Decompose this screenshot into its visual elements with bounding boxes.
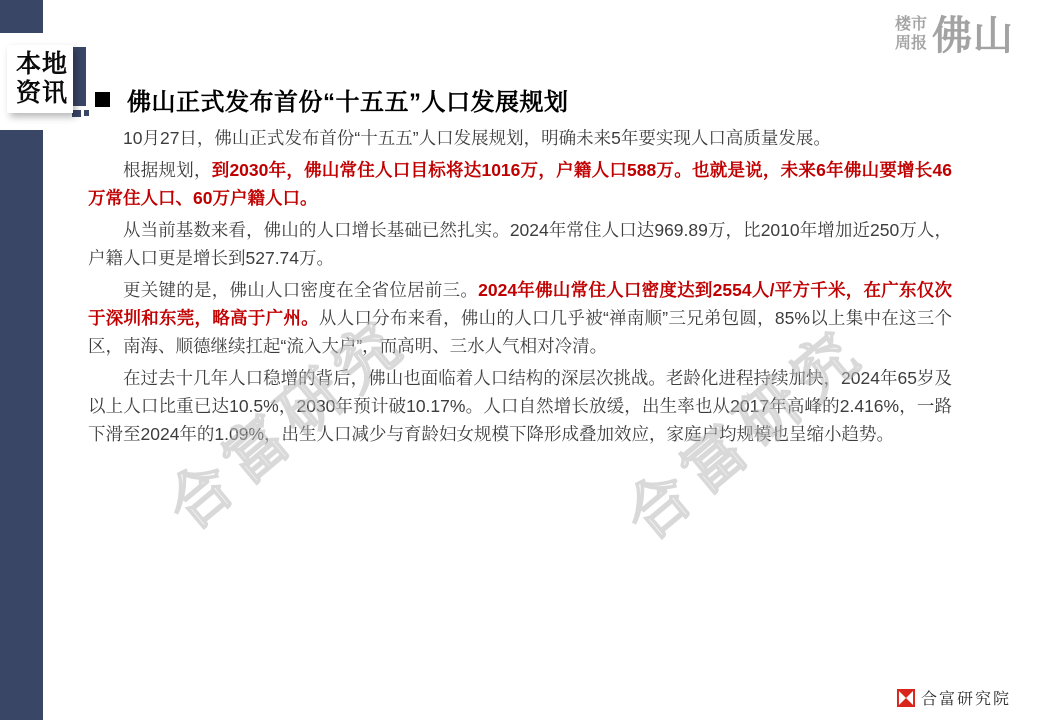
slide: 本地 资讯 楼市 周报 佛山 佛山正式发布首份“十五五”人口发展规划 10月27… (0, 0, 1040, 720)
footer-logo-text: 合富研究院 (921, 686, 1011, 709)
paragraph: 根据规划，到2030年，佛山常住人口目标将达1016万，户籍人口588万。也就是… (88, 156, 952, 212)
body-text: 根据规划， (123, 160, 212, 180)
article-body: 10月27日，佛山正式发布首份“十五五”人口发展规划，明确未来5年要实现人口高质… (88, 124, 952, 452)
body-text: 更关键的是，佛山人口密度在全省位居前三。 (123, 280, 478, 300)
brand-city-name: 佛山 (932, 4, 1014, 61)
body-text: 10月27日，佛山正式发布首份“十五五”人口发展规划，明确未来5年要实现人口高质… (123, 128, 831, 148)
paragraph: 10月27日，佛山正式发布首份“十五五”人口发展规划，明确未来5年要实现人口高质… (88, 124, 952, 152)
left-bar-main-segment (0, 130, 43, 720)
paragraph: 从当前基数来看，佛山的人口增长基础已然扎实。2024年常住人口达969.89万，… (88, 216, 952, 272)
section-label-line1: 本地 (16, 50, 73, 80)
brand-logo: 楼市 周报 佛山 (895, 4, 1014, 61)
label-side-bar (72, 47, 86, 106)
decor-square-large (72, 110, 81, 117)
decor-square-small (84, 110, 89, 116)
hopefluent-logo-icon (897, 689, 915, 707)
body-text: 从当前基数来看，佛山的人口增长基础已然扎实。2024年常住人口达969.89万，… (88, 220, 952, 268)
section-label: 本地 资讯 (7, 45, 73, 113)
footer-logo: 合富研究院 (897, 686, 1011, 709)
page-title: 佛山正式发布首份“十五五”人口发展规划 (127, 82, 569, 117)
body-text: 在过去十几年人口稳增的背后，佛山也面临着人口结构的深层次挑战。老龄化进程持续加快… (88, 368, 952, 444)
paragraph: 更关键的是，佛山人口密度在全省位居前三。2024年佛山常住人口密度达到2554人… (88, 276, 952, 360)
brand-small-line1: 楼市 (895, 16, 927, 34)
left-bar-top-segment (0, 0, 43, 33)
headline-row: 佛山正式发布首份“十五五”人口发展规划 (95, 82, 569, 117)
paragraph: 在过去十几年人口稳增的背后，佛山也面临着人口结构的深层次挑战。老龄化进程持续加快… (88, 364, 952, 448)
square-bullet-icon (95, 92, 110, 107)
section-label-line2: 资讯 (16, 79, 73, 109)
brand-small-line2: 周报 (895, 35, 927, 53)
highlight-text: 到2030年，佛山常住人口目标将达1016万，户籍人口588万。也就是说，未来6… (88, 160, 952, 208)
brand-small-text: 楼市 周报 (895, 16, 927, 53)
